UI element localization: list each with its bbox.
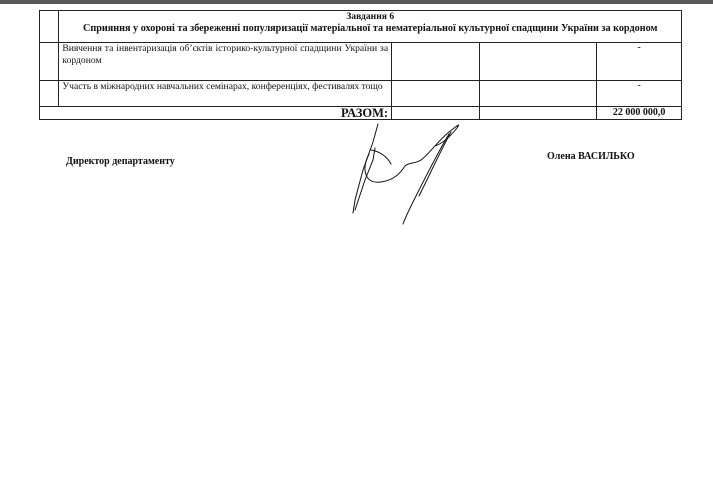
row-col-b <box>479 81 596 107</box>
task-title: Сприяння у охороні та збереженні популяр… <box>62 22 678 35</box>
table-row: Участь в міжнародних навчальних семінара… <box>40 81 682 107</box>
total-row: РАЗОМ: 22 000 000,0 <box>40 107 682 120</box>
total-label: РАЗОМ: <box>40 107 392 120</box>
task-header-cell: Завдання 6 Сприяння у охороні та збереже… <box>59 11 682 43</box>
task-header-row: Завдання 6 Сприяння у охороні та збереже… <box>40 11 682 43</box>
total-value: 22 000 000,0 <box>597 107 682 120</box>
row-col-a <box>392 81 480 107</box>
row-number-cell <box>40 11 59 43</box>
director-position: Директор департаменту <box>66 156 175 167</box>
viewer-top-bar <box>0 0 713 4</box>
row-description: Участь в міжнародних навчальних семінара… <box>59 81 392 107</box>
row-col-b <box>479 43 596 81</box>
signer-name: Олена ВАСИЛЬКО <box>547 151 635 162</box>
row-number-cell <box>40 81 59 107</box>
task-number: Завдання 6 <box>62 11 678 22</box>
total-col-a <box>392 107 480 120</box>
row-col-c: - <box>597 81 682 107</box>
signature-icon <box>345 120 485 230</box>
row-col-c: - <box>597 43 682 81</box>
budget-table: Завдання 6 Сприяння у охороні та збереже… <box>39 10 682 120</box>
row-number-cell <box>40 43 59 81</box>
total-col-b <box>479 107 596 120</box>
row-description: Вивчення та інвентаризація об’єктів істо… <box>59 43 392 81</box>
table-row: Вивчення та інвентаризація об’єктів істо… <box>40 43 682 81</box>
row-col-a <box>392 43 480 81</box>
